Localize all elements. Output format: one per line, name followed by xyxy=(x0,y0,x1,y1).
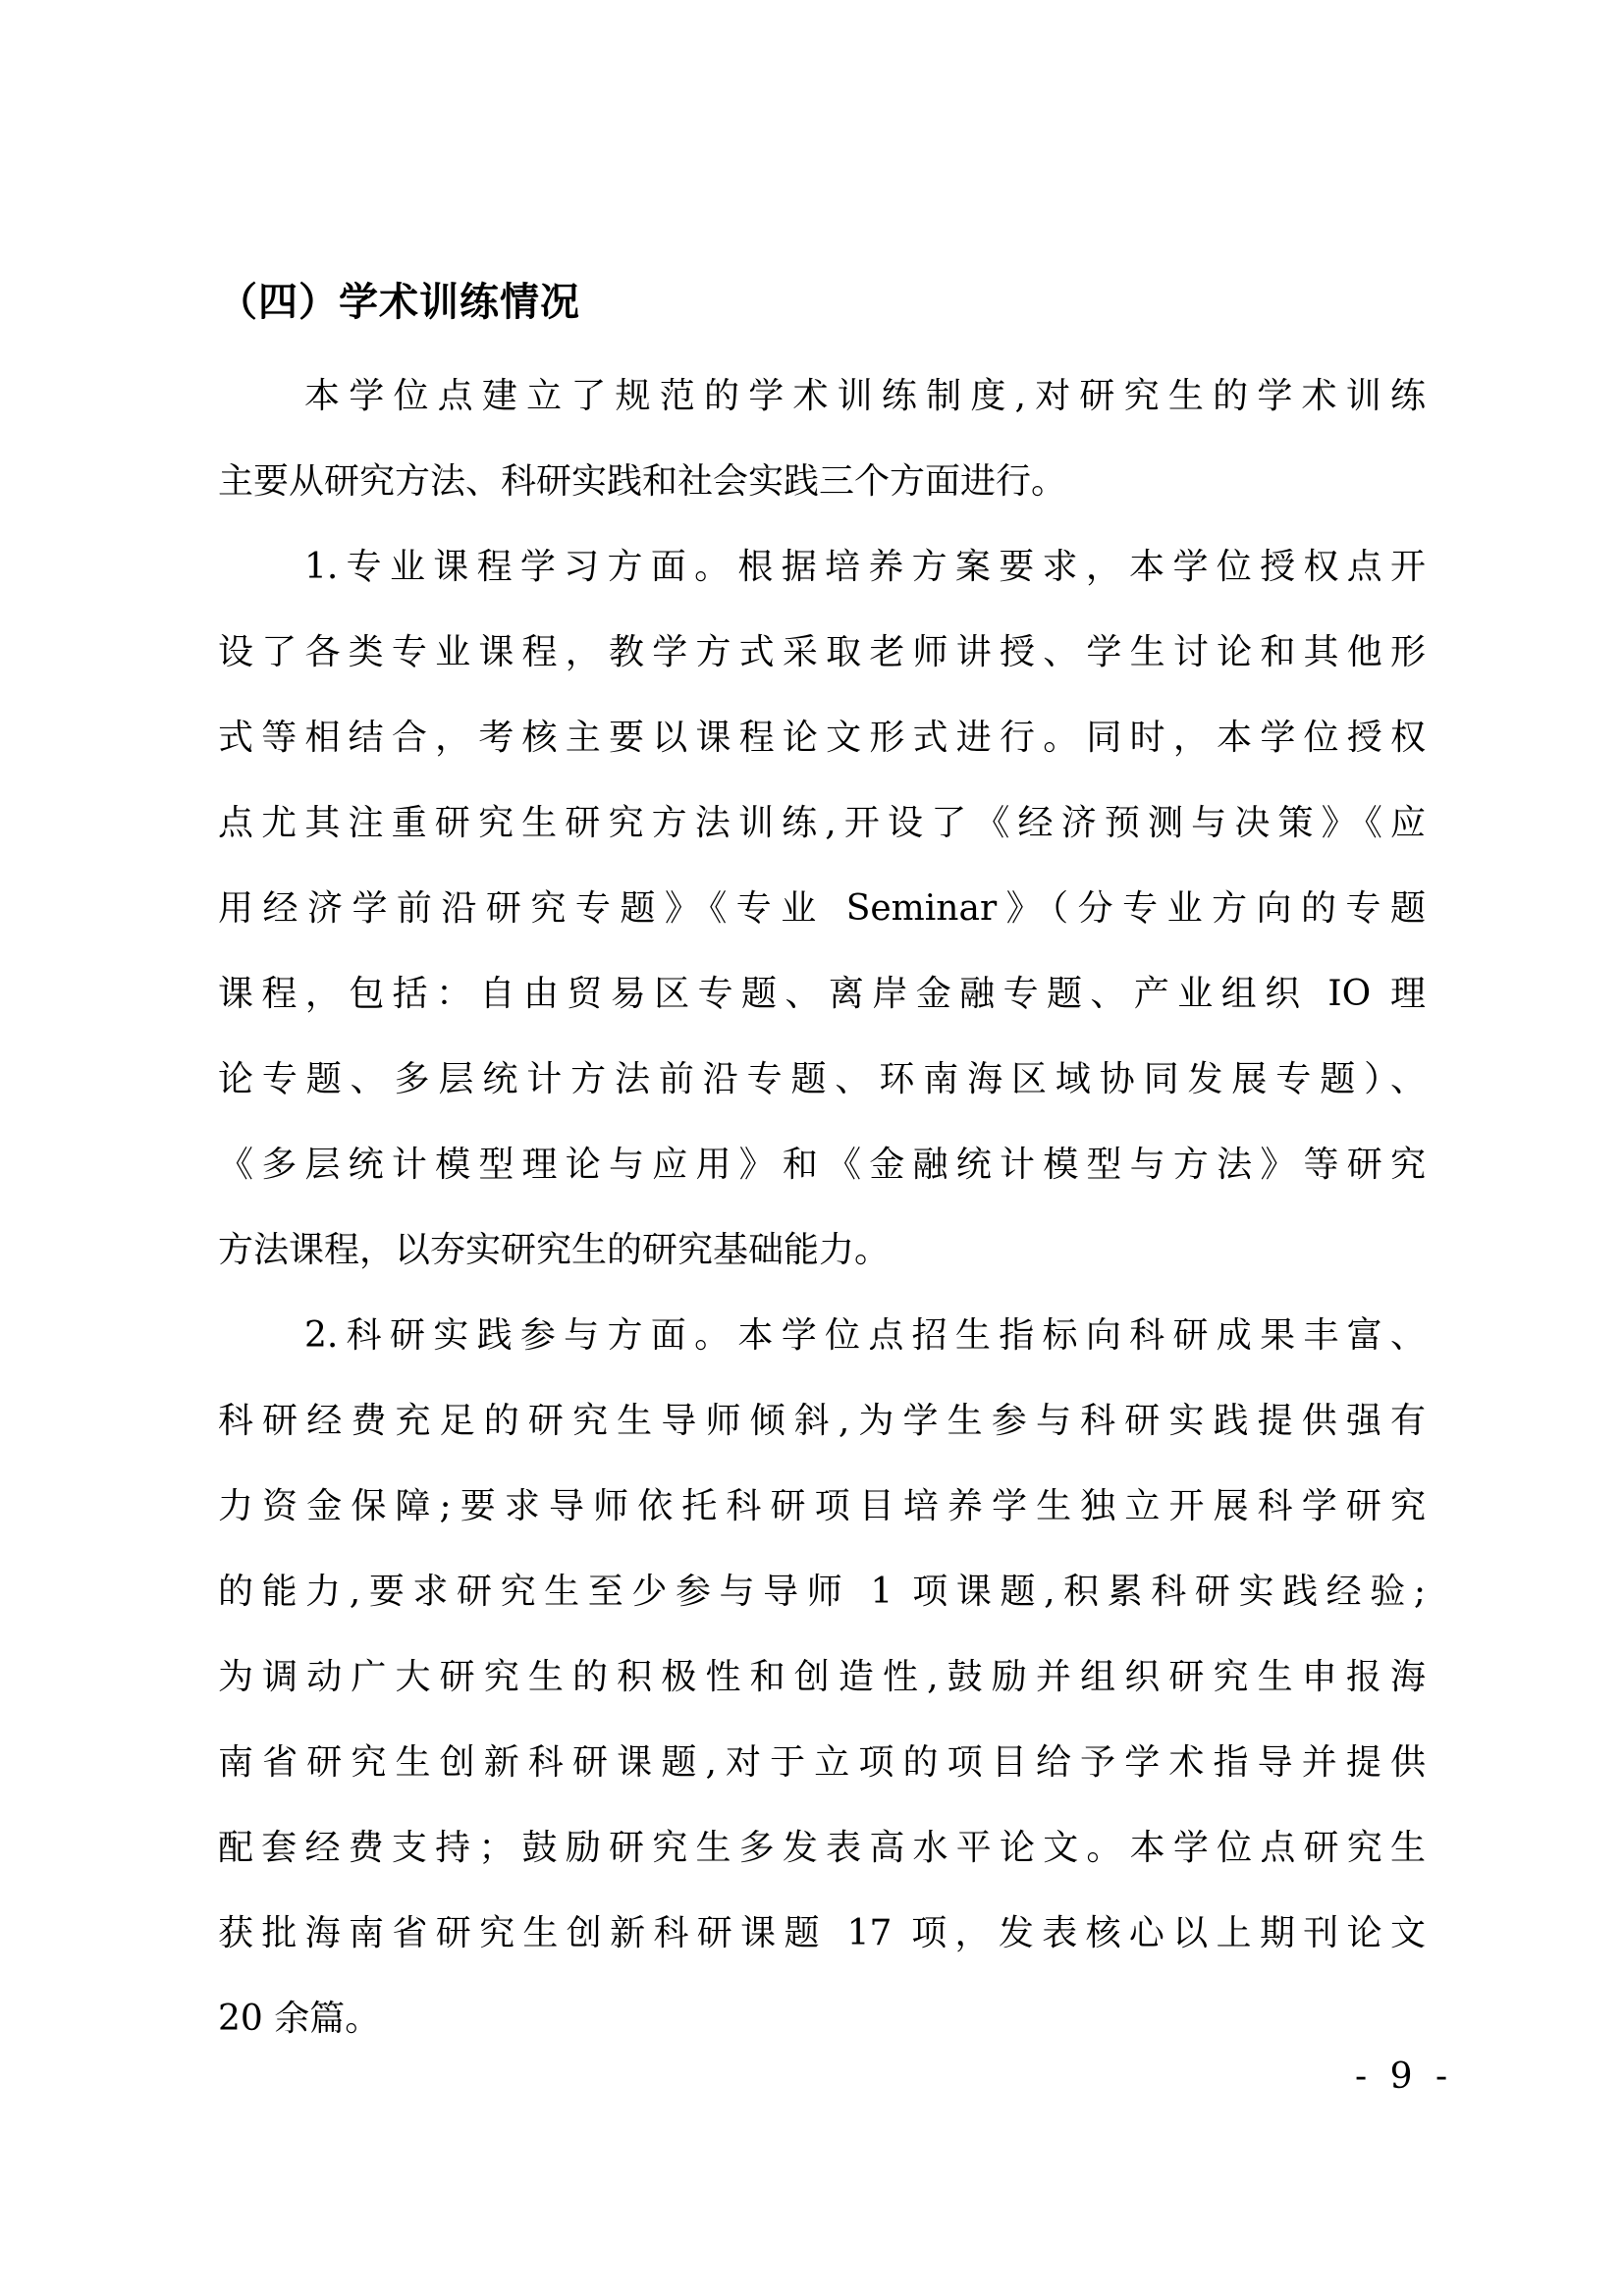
document-body: 本学位点建立了规范的学术训练制度,对研究生的学术训练 主要从研究方法、科研实践和… xyxy=(218,353,1426,2061)
text-line: 课程，包括：自由贸易区专题、离岸金融专题、产业组织 IO 理 xyxy=(218,951,1426,1037)
text-line: 为调动广大研究生的积极性和创造性,鼓励并组织研究生申报海 xyxy=(218,1634,1426,1720)
text-line: 式等相结合，考核主要以课程论文形式进行。同时，本学位授权 xyxy=(218,695,1426,780)
page-number: - 9 - xyxy=(1355,2056,1453,2097)
text-line: 设了各类专业课程，教学方式采取老师讲授、学生讨论和其他形 xyxy=(218,610,1426,695)
paragraph-research-practice: 2.科研实践参与方面。本学位点招生指标向科研成果丰富、 科研经费充足的研究生导师… xyxy=(218,1293,1426,2061)
text-line: 点尤其注重研究生研究方法训练,开设了《经济预测与决策》《应 xyxy=(218,780,1426,866)
text-line: 获批海南省研究生创新科研课题 17 项，发表核心以上期刊论文 xyxy=(218,1891,1426,1976)
paragraph-intro: 本学位点建立了规范的学术训练制度,对研究生的学术训练 主要从研究方法、科研实践和… xyxy=(218,353,1426,524)
text-line: 南省研究生创新科研课题,对于立项的项目给予学术指导并提供 xyxy=(218,1720,1426,1805)
text-line: 配套经费支持；鼓励研究生多发表高水平论文。本学位点研究生 xyxy=(218,1805,1426,1891)
text-line: 《多层统计模型理论与应用》和《金融统计模型与方法》等研究 xyxy=(218,1122,1426,1207)
text-line: 力资金保障;要求导师依托科研项目培养学生独立开展科学研究 xyxy=(218,1464,1426,1549)
text-line: 2.科研实践参与方面。本学位点招生指标向科研成果丰富、 xyxy=(218,1293,1426,1378)
text-line: 科研经费充足的研究生导师倾斜,为学生参与科研实践提供强有 xyxy=(218,1378,1426,1464)
paragraph-course-study: 1.专业课程学习方面。根据培养方案要求，本学位授权点开 设了各类专业课程，教学方… xyxy=(218,524,1426,1293)
text-line: 方法课程，以夯实研究生的研究基础能力。 xyxy=(218,1207,1426,1293)
document-page: （四）学术训练情况 本学位点建立了规范的学术训练制度,对研究生的学术训练 主要从… xyxy=(0,0,1624,2296)
section-heading: （四）学术训练情况 xyxy=(218,271,580,327)
text-line: 论专题、多层统计方法前沿专题、环南海区域协同发展专题）、 xyxy=(218,1037,1426,1122)
text-line: 用经济学前沿研究专题》《专业 Seminar》（分专业方向的专题 xyxy=(218,866,1426,951)
text-line: 主要从研究方法、科研实践和社会实践三个方面进行。 xyxy=(218,439,1426,524)
text-line: 的能力,要求研究生至少参与导师 1 项课题,积累科研实践经验; xyxy=(218,1549,1426,1634)
text-line: 本学位点建立了规范的学术训练制度,对研究生的学术训练 xyxy=(218,353,1426,439)
text-line: 1.专业课程学习方面。根据培养方案要求，本学位授权点开 xyxy=(218,524,1426,610)
text-line: 20 余篇。 xyxy=(218,1976,1426,2061)
